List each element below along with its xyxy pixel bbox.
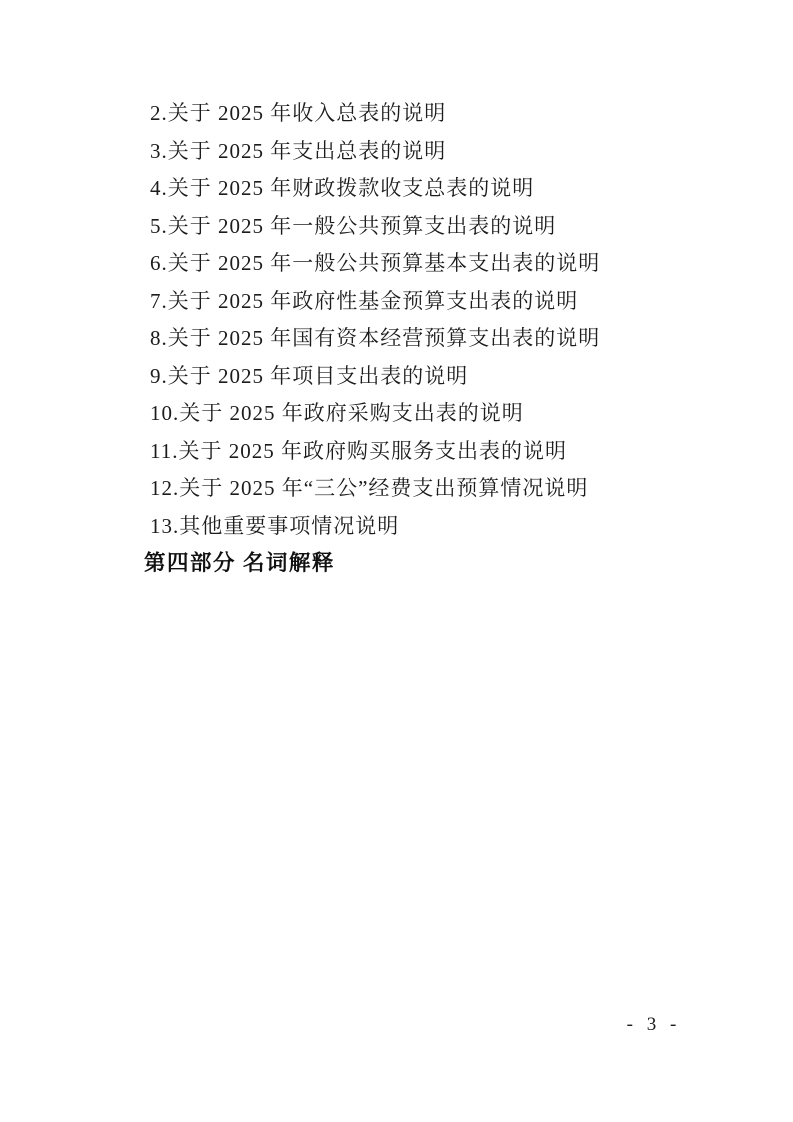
page-number: - 3 -: [615, 1012, 690, 1038]
toc-item: 9.关于 2025 年项目支出表的说明: [150, 358, 733, 396]
toc-item: 3.关于 2025 年支出总表的说明: [150, 133, 733, 171]
toc-item: 13.其他重要事项情况说明: [150, 508, 733, 546]
toc-item: 2.关于 2025 年收入总表的说明: [150, 95, 733, 133]
toc-content: 2.关于 2025 年收入总表的说明 3.关于 2025 年支出总表的说明 4.…: [150, 95, 733, 583]
toc-item: 7.关于 2025 年政府性基金预算支出表的说明: [150, 283, 733, 321]
section-heading: 第四部分 名词解释: [144, 545, 733, 583]
toc-item: 6.关于 2025 年一般公共预算基本支出表的说明: [150, 245, 733, 283]
document-page: 2.关于 2025 年收入总表的说明 3.关于 2025 年支出总表的说明 4.…: [0, 0, 793, 1122]
toc-item: 12.关于 2025 年“三公”经费支出预算情况说明: [150, 470, 733, 508]
toc-item: 5.关于 2025 年一般公共预算支出表的说明: [150, 208, 733, 246]
toc-item: 8.关于 2025 年国有资本经营预算支出表的说明: [150, 320, 733, 358]
toc-item: 4.关于 2025 年财政拨款收支总表的说明: [150, 170, 733, 208]
toc-item: 11.关于 2025 年政府购买服务支出表的说明: [150, 433, 733, 471]
toc-item: 10.关于 2025 年政府采购支出表的说明: [150, 395, 733, 433]
